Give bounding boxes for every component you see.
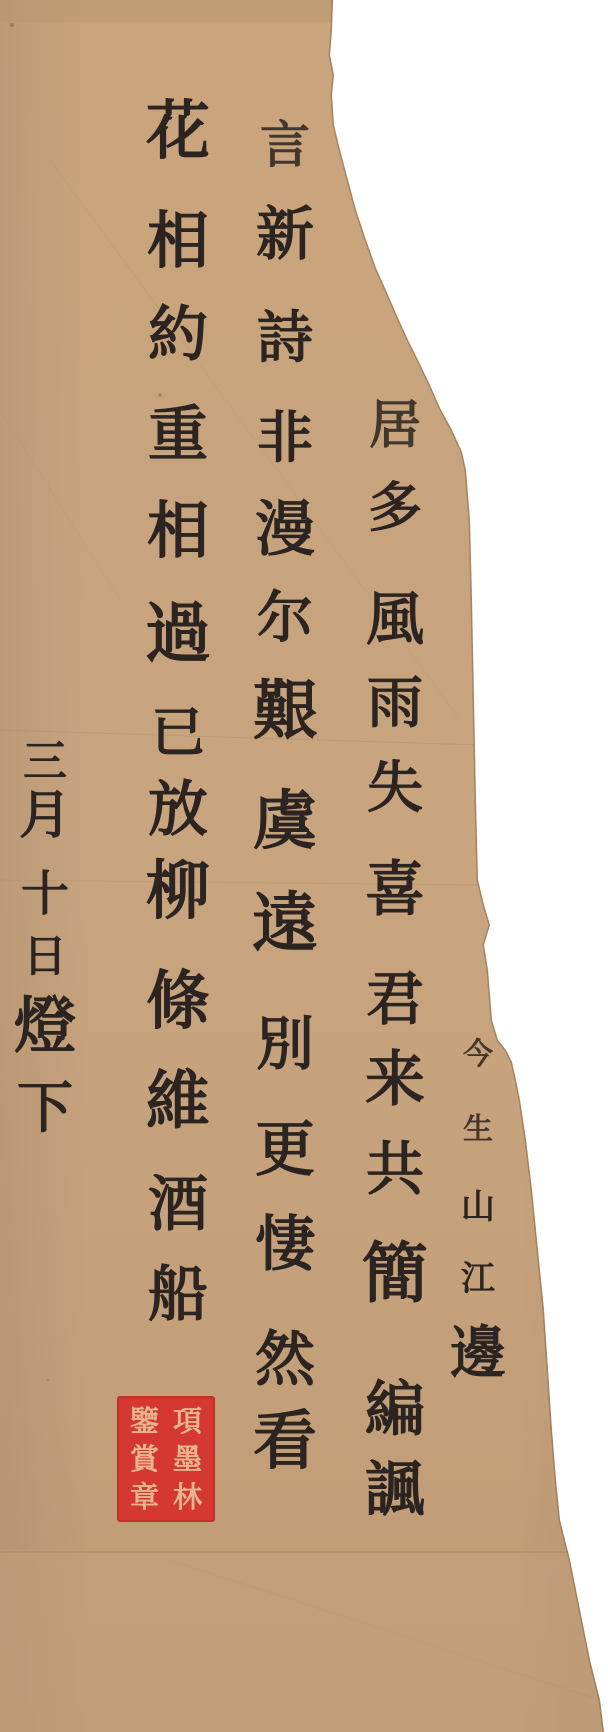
- calligraphy-character: 虞: [253, 790, 317, 854]
- calligraphy-character: 花: [146, 100, 210, 164]
- calligraphy-character: 雨: [367, 675, 423, 731]
- calligraphy-character: 重: [148, 405, 208, 465]
- calligraphy-character: 江: [461, 1262, 495, 1296]
- calligraphy-character: 漫: [255, 500, 315, 560]
- seal-character: 賞: [123, 1440, 166, 1478]
- calligraphy-character: 艱: [253, 680, 317, 744]
- calligraphy-character: 山: [461, 1190, 495, 1224]
- calligraphy-character: 居: [369, 400, 421, 452]
- calligraphy-character: 君: [366, 970, 424, 1028]
- calligraphy-character: 然: [255, 1330, 315, 1390]
- calligraphy-character: 非: [257, 410, 313, 466]
- calligraphy-character: 條: [146, 970, 210, 1034]
- calligraphy-character: 十: [21, 870, 69, 918]
- seal-character: 林: [166, 1478, 209, 1516]
- calligraphy-character: 別: [256, 1015, 314, 1073]
- calligraphy-character: 相: [147, 210, 209, 272]
- seal-character: 鑒: [123, 1402, 166, 1440]
- calligraphy-character: 喜: [365, 860, 425, 920]
- calligraphy-character: 約: [148, 305, 208, 365]
- calligraphy-character: 共: [366, 1140, 424, 1198]
- calligraphy-character: 尔: [257, 590, 313, 646]
- calligraphy-character: 過: [145, 600, 211, 666]
- calligraphy-character: 維: [146, 1070, 210, 1134]
- calligraphy-character: 悽: [255, 1215, 315, 1275]
- calligraphy-character: 簡: [362, 1240, 428, 1306]
- calligraphy-character: 風: [366, 590, 424, 648]
- calligraphy-character: 看: [253, 1410, 317, 1474]
- calligraphy-character: 諷: [365, 1460, 425, 1520]
- calligraphy-character: 更: [255, 1120, 315, 1180]
- calligraphy-character: 編: [365, 1380, 425, 1440]
- calligraphy-character: 邊: [450, 1325, 506, 1381]
- calligraphy-character: 失: [367, 760, 423, 816]
- calligraphy-character: 柳: [146, 860, 210, 924]
- calligraphy-character: 已: [151, 705, 205, 759]
- calligraphy-character: 生: [463, 1115, 493, 1145]
- red-seal-stamp: 鑒賞章項墨林: [117, 1396, 215, 1522]
- calligraphy-character: 下: [17, 1080, 73, 1136]
- calligraphy-character: 多: [368, 480, 422, 534]
- calligraphy-character: 日: [23, 935, 67, 979]
- calligraphy-character: 相: [147, 500, 209, 562]
- calligraphy-character: 船: [148, 1265, 208, 1325]
- calligraphy-character: 今: [463, 1040, 493, 1070]
- calligraphy-character: 詩: [257, 310, 313, 366]
- calligraphy-character: 燈: [14, 995, 76, 1057]
- seal-characters: 鑒賞章項墨林: [123, 1402, 209, 1516]
- calligraphy-character: 言: [260, 120, 310, 170]
- calligraphy-character: 放: [148, 780, 208, 840]
- calligraphy-character: 三: [23, 740, 67, 784]
- seal-character: 項: [166, 1402, 209, 1440]
- seal-character: 章: [123, 1478, 166, 1516]
- calligraphy-character: 新: [256, 205, 314, 263]
- calligraphy-character: 月: [19, 790, 71, 842]
- calligraphy-character: 遠: [252, 890, 318, 956]
- seal-character: 墨: [166, 1440, 209, 1478]
- artwork-stage: 今生山江邊居多風雨失喜君来共簡編諷言新詩非漫尔艱虞遠別更悽然看花相約重相過已放柳…: [0, 0, 608, 1732]
- calligraphy-character: 酒: [148, 1175, 208, 1235]
- calligraphy-character: 来: [365, 1050, 425, 1110]
